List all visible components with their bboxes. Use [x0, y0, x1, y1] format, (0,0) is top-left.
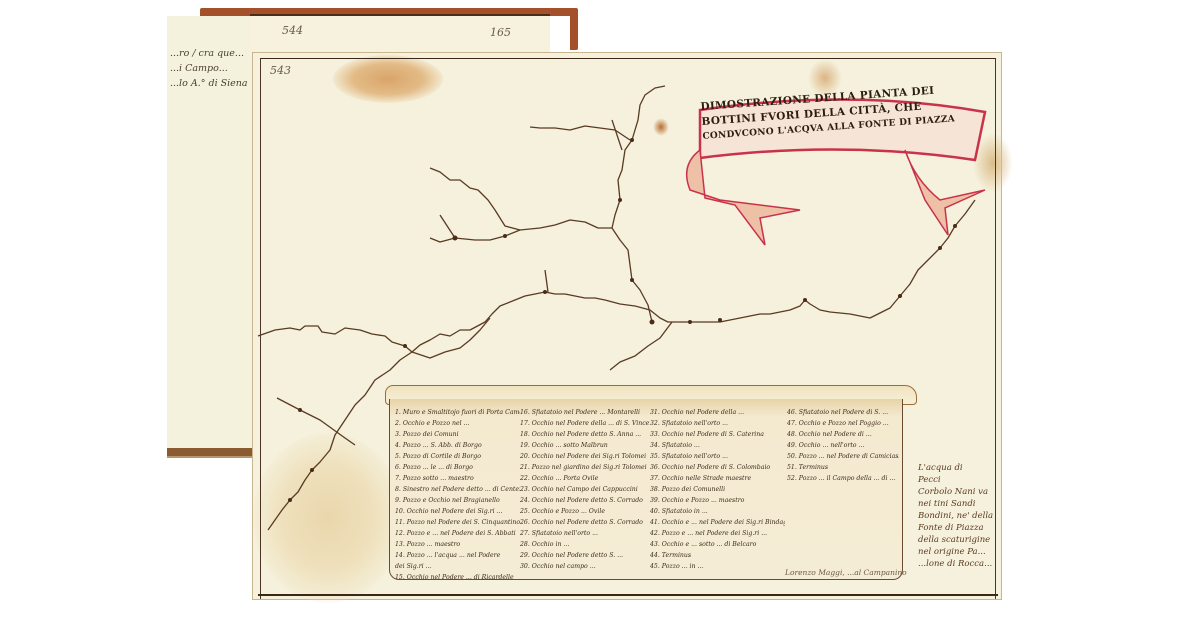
main-conduit — [258, 200, 975, 352]
southeast-spur — [610, 322, 672, 370]
signature: Lorenzo Maggi, ...al Campanino — [785, 568, 907, 577]
northwest-branch — [430, 168, 612, 230]
side-annotation: L'acqua diPecciCorbolo Nani vanei tini S… — [918, 462, 998, 570]
north-branch — [612, 86, 665, 322]
legend-column-4: 46. Sfiatatoio nel Podere di S. ...47. O… — [787, 407, 899, 484]
spur — [440, 215, 455, 238]
upper-spur-2 — [612, 120, 622, 150]
legend-column-3: 31. Occhio nel Podere della ...32. Sfiat… — [650, 407, 785, 572]
north-stub — [545, 270, 548, 292]
legend-scroll: 1. Muro e Smaltitojo fuori di Porta Camo… — [385, 385, 915, 575]
legend-column-1: 1. Muro e Smaltitojo fuori di Porta Camo… — [395, 407, 520, 583]
legend-column-2: 16. Sfiatatoio nel Podere ... Montarelli… — [520, 407, 650, 572]
